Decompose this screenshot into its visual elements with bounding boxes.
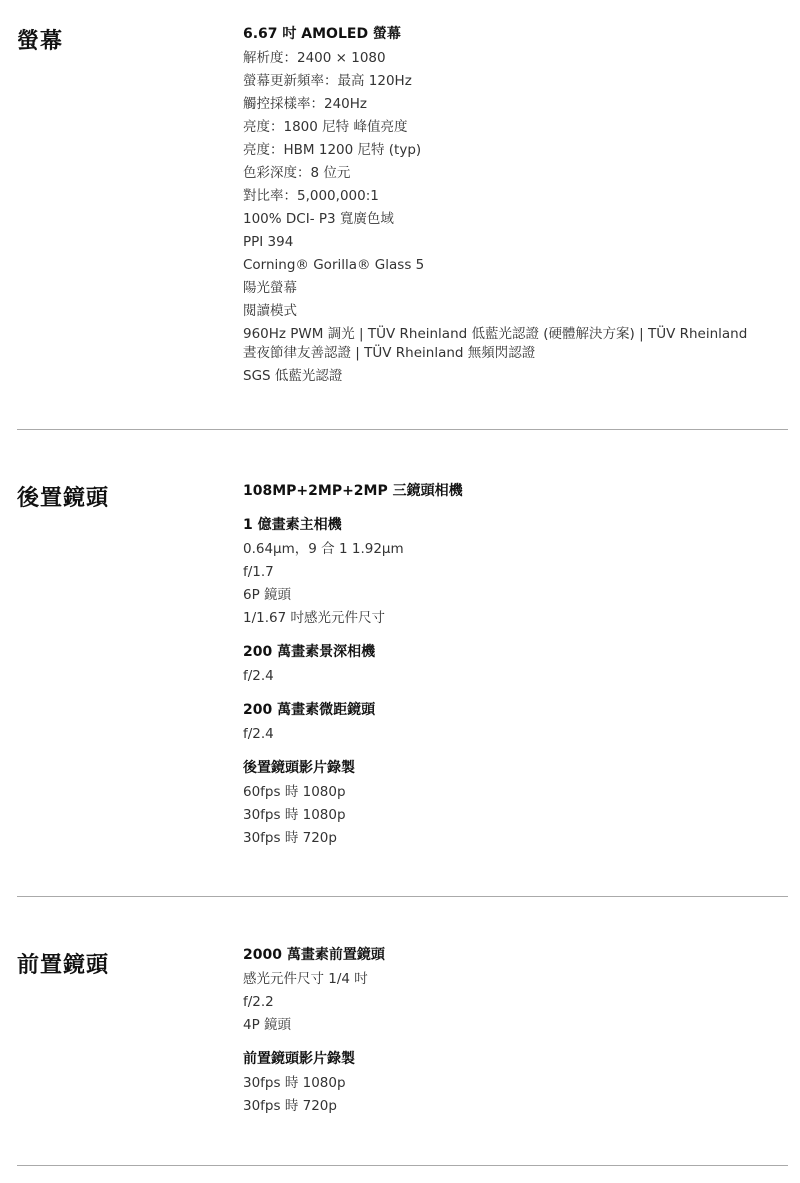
section-title: 螢幕 (17, 24, 63, 55)
spec-group: 200 萬畫素微距鏡頭 f/2.4 (243, 700, 763, 746)
spec-line: 30fps 時 1080p (243, 1072, 763, 1095)
spec-line: 30fps 時 720p (243, 1095, 763, 1118)
spec-line: PPI 394 (243, 231, 763, 254)
spec-heading: 1 億畫素主相機 (243, 515, 763, 535)
spec-line: 100% DCI- P3 寬廣色域 (243, 208, 763, 231)
spec-line: f/2.4 (243, 665, 763, 688)
spec-line: 6P 鏡頭 (243, 584, 763, 607)
section-divider (17, 429, 788, 430)
spec-line: 4P 鏡頭 (243, 1014, 763, 1037)
spec-heading: 200 萬畫素景深相機 (243, 642, 763, 662)
spec-line: 對比率：5,000,000:1 (243, 185, 763, 208)
spec-list: 2000 萬畫素前置鏡頭 感光元件尺寸 1/4 吋 f/2.2 4P 鏡頭 前置… (243, 945, 763, 1130)
spec-list: 6.67 吋 AMOLED 螢幕 解析度：2400 × 1080 螢幕更新頻率：… (243, 24, 763, 388)
spec-line: 30fps 時 1080p (243, 804, 763, 827)
spec-line-certifications: 960Hz PWM 調光 | TÜV Rheinland 低藍光認證 (硬體解決… (243, 323, 763, 365)
spec-group: 108MP+2MP+2MP 三鏡頭相機 (243, 481, 763, 501)
spec-heading: 108MP+2MP+2MP 三鏡頭相機 (243, 481, 763, 501)
spec-heading: 前置鏡頭影片錄製 (243, 1049, 763, 1069)
spec-line: 解析度：2400 × 1080 (243, 47, 763, 70)
spec-group: 1 億畫素主相機 0.64μm，9 合 1 1.92μm f/1.7 6P 鏡頭… (243, 515, 763, 630)
spec-line: 亮度：HBM 1200 尼特 (typ) (243, 139, 763, 162)
spec-line: 觸控採樣率：240Hz (243, 93, 763, 116)
spec-group: 2000 萬畫素前置鏡頭 感光元件尺寸 1/4 吋 f/2.2 4P 鏡頭 (243, 945, 763, 1037)
spec-line: SGS 低藍光認證 (243, 365, 763, 388)
section-title: 前置鏡頭 (17, 948, 109, 979)
spec-line: 感光元件尺寸 1/4 吋 (243, 968, 763, 991)
spec-heading: 2000 萬畫素前置鏡頭 (243, 945, 763, 965)
spec-group: 200 萬畫素景深相機 f/2.4 (243, 642, 763, 688)
spec-line: 陽光螢幕 (243, 277, 763, 300)
section-divider (17, 1165, 788, 1166)
spec-line: 螢幕更新頻率：最高 120Hz (243, 70, 763, 93)
spec-line: 0.64μm，9 合 1 1.92μm (243, 538, 763, 561)
spec-line: 閱讀模式 (243, 300, 763, 323)
spec-line: 60fps 時 1080p (243, 781, 763, 804)
spec-list: 108MP+2MP+2MP 三鏡頭相機 1 億畫素主相機 0.64μm，9 合 … (243, 481, 763, 862)
spec-group: 前置鏡頭影片錄製 30fps 時 1080p 30fps 時 720p (243, 1049, 763, 1118)
spec-line: f/2.2 (243, 991, 763, 1014)
spec-line: 30fps 時 720p (243, 827, 763, 850)
spec-line: Corning® Gorilla® Glass 5 (243, 254, 763, 277)
spec-line: 色彩深度：8 位元 (243, 162, 763, 185)
spec-heading: 後置鏡頭影片錄製 (243, 758, 763, 778)
spec-line: f/1.7 (243, 561, 763, 584)
spec-heading: 6.67 吋 AMOLED 螢幕 (243, 24, 763, 44)
section-divider (17, 896, 788, 897)
spec-line: 1/1.67 吋感光元件尺寸 (243, 607, 763, 630)
spec-heading: 200 萬畫素微距鏡頭 (243, 700, 763, 720)
spec-line: f/2.4 (243, 723, 763, 746)
spec-group: 後置鏡頭影片錄製 60fps 時 1080p 30fps 時 1080p 30f… (243, 758, 763, 850)
spec-line: 亮度：1800 尼特 峰值亮度 (243, 116, 763, 139)
section-title: 後置鏡頭 (17, 481, 109, 512)
